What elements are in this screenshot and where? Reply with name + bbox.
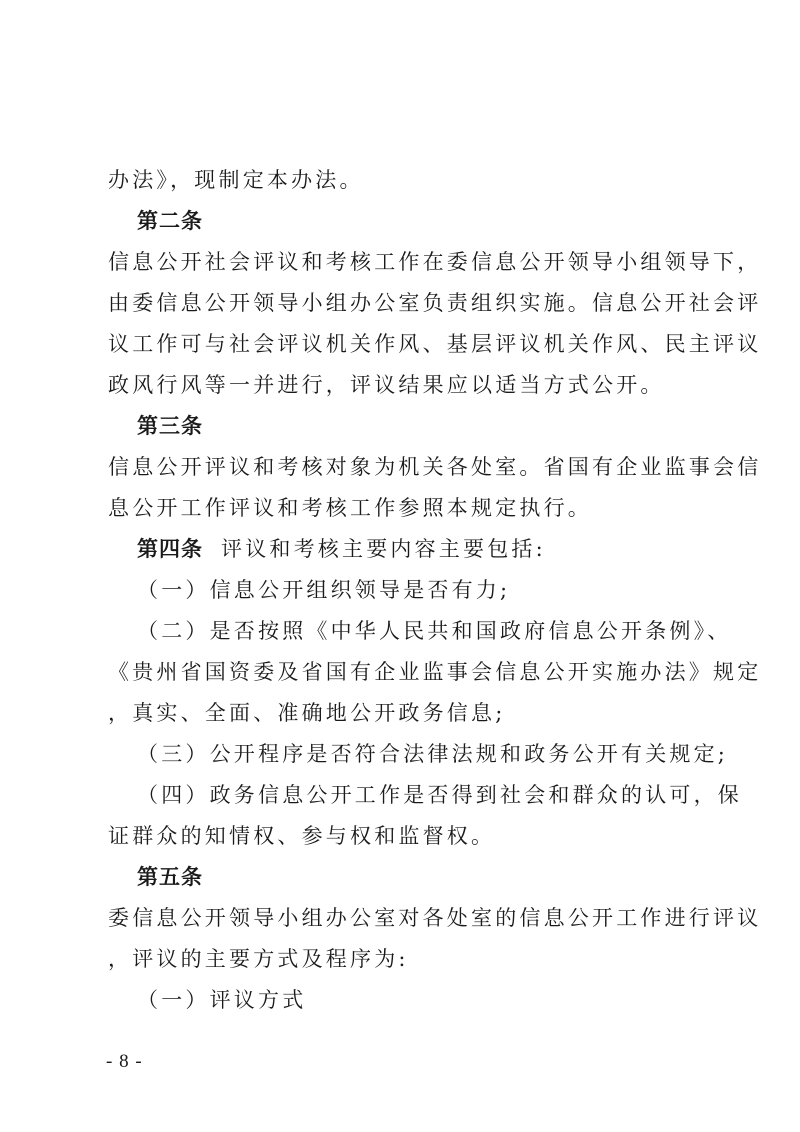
list-item-1: （一）信息公开组织领导是否有力; — [137, 578, 737, 602]
paragraph-line: 议工作可与社会评议机关作风、基层评议机关作风、民主评议 — [108, 332, 708, 356]
paragraph-line: 政风行风等一并进行，评议结果应以适当方式公开。 — [108, 373, 708, 397]
list-item-3: （三）公开程序是否符合法律法规和政务公开有关规定; — [137, 742, 737, 766]
list-item-4-cont: 证群众的知情权、参与权和监督权。 — [108, 824, 708, 848]
paragraph-line: 息公开工作评议和考核工作参照本规定执行。 — [108, 496, 708, 520]
article-heading-5: 第五条 — [137, 865, 737, 889]
paragraph-line: 由委信息公开领导小组办公室负责组织实施。信息公开社会评 — [108, 291, 708, 315]
list-item-2-cont: 《贵州省国资委及省国有企业监事会信息公开实施办法》规定 — [108, 660, 708, 684]
paragraph-line: ，评议的主要方式及程序为: — [108, 947, 708, 971]
article-4-line: 第四条评议和考核主要内容主要包括: — [137, 537, 737, 561]
list-item-2: （二）是否按照《中华人民共和国政府信息公开条例》、 — [137, 619, 737, 643]
paragraph-line: 委信息公开领导小组办公室对各处室的信息公开工作进行评议 — [108, 906, 708, 930]
paragraph-line: 信息公开社会评议和考核工作在委信息公开领导小组领导下， — [108, 250, 708, 274]
document-page: 办法》，现制定本办法。 第二条 信息公开社会评议和考核工作在委信息公开领导小组领… — [0, 0, 800, 1132]
page-number: - 8 - — [106, 1051, 143, 1073]
list-item-2-cont: ，真实、全面、准确地公开政务信息; — [108, 701, 708, 725]
paragraph-line: 信息公开评议和考核对象为机关各处室。省国有企业监事会信 — [108, 455, 708, 479]
sub-item-1: （一）评议方式 — [137, 988, 737, 1012]
article-4-intro: 评议和考核主要内容主要包括: — [221, 537, 546, 561]
list-item-4: （四）政务信息公开工作是否得到社会和群众的认可，保 — [137, 783, 737, 807]
article-heading-3: 第三条 — [137, 414, 737, 438]
article-heading-4: 第四条 — [137, 536, 203, 561]
article-heading-2: 第二条 — [137, 209, 737, 233]
paragraph-line: 办法》，现制定本办法。 — [108, 168, 708, 192]
